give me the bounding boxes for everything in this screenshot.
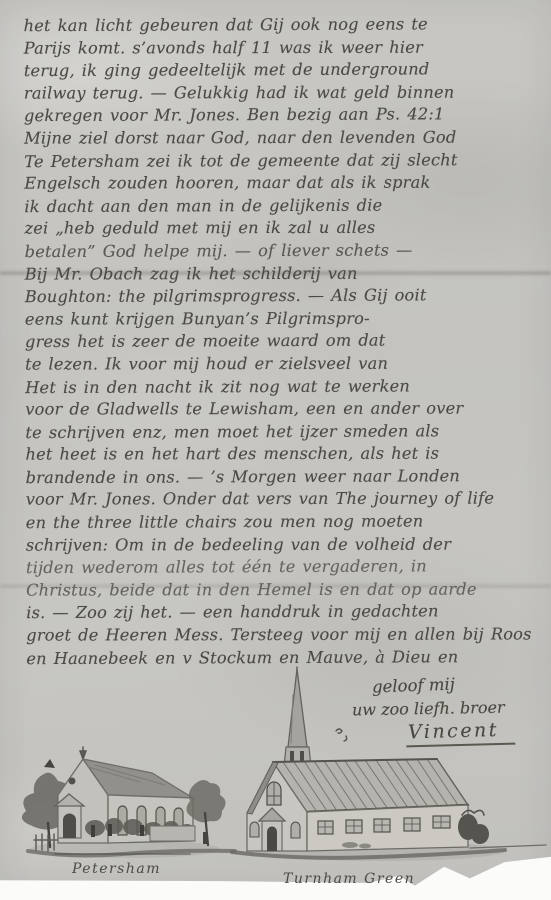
letter-line: is. — Zoo zij het. — een handdruk in ged… — [26, 600, 548, 625]
letter-line: zei „heb geduld met mij en ik zal u alle… — [24, 217, 546, 241]
letter-line: Bij Mr. Obach zag ik het schilderij van — [25, 262, 547, 286]
spire — [284, 667, 311, 775]
letter-line: Parijs komt. s’avonds half 11 was ik wee… — [24, 36, 546, 60]
letter-line: Het is in den nacht ik zit nog wat te we… — [25, 374, 547, 399]
round-window — [69, 778, 76, 785]
letter-line: Engelsch zouden hooren, maar dat als ik … — [24, 172, 546, 196]
letter-line: gekregen voor Mr. Jones. Ben bezig aan P… — [24, 103, 546, 128]
roof-finial — [80, 747, 86, 759]
doorway — [267, 827, 277, 852]
low-wall — [150, 826, 195, 841]
letter-line: Boughton: the pilgrimsprogress. — Als Gi… — [25, 284, 547, 309]
letter-line: te lezen. Ik voor mij houd er zielsveel … — [25, 352, 547, 376]
doorway — [63, 814, 76, 839]
turnham-green-label: Turnham Green — [283, 871, 415, 887]
letter-line: voor Mr. Jones. Onder dat vers van The j… — [26, 488, 548, 512]
letter-line: het heet is en het hart des menschen, al… — [25, 443, 547, 467]
letter-line: brandende in ons. — ’s Morgen weer naar … — [26, 465, 548, 490]
letter-line: het kan licht gebeuren dat Gij ook nog e… — [24, 13, 546, 38]
letter-line: tijden wederom alles tot één te vergader… — [26, 555, 548, 580]
letter-line: terug, ik ging gedeeltelijk met de under… — [24, 58, 546, 83]
letter-line: Mijne ziel dorst naar God, naar den leve… — [24, 126, 546, 150]
letter-line: betalen” God helpe mij. — of liever sche… — [25, 239, 547, 264]
church-sketches: Petersham — [0, 655, 551, 895]
figure — [203, 832, 208, 844]
letter-line: Te Petersham zei ik tot de gemeente dat … — [24, 148, 546, 173]
letter-line: te schrijven enz, men moet het ijzer sme… — [25, 420, 547, 445]
letter-line: en the three little chairs zou men nog m… — [26, 510, 548, 535]
letter-line: groet de Heeren Mess. Tersteeg voor mij … — [26, 623, 548, 647]
letter-text: het kan licht gebeuren dat Gij ook nog e… — [24, 13, 549, 670]
letter-line: gress het is zeer de moeite waard om dat — [25, 329, 547, 354]
letter-line: voor de Gladwells te Lewisham, een en an… — [25, 398, 547, 422]
letter-line: railway terug. — Gelukkig had ik wat gel… — [24, 81, 546, 105]
letter-line: Christus, beide dat in den Hemel is en d… — [26, 578, 548, 602]
letter-photo: het kan licht gebeuren dat Gij ook nog e… — [0, 0, 551, 900]
letter-line: ik dacht aan den man in de gelijkenis di… — [24, 194, 546, 219]
letter-line: schrijven: Om in de bedeeling van de vol… — [26, 533, 548, 557]
letter-line: eens kunt krijgen Bunyan’s Pilgrimspro- — [25, 307, 547, 331]
petersham-label: Petersham — [71, 861, 161, 877]
